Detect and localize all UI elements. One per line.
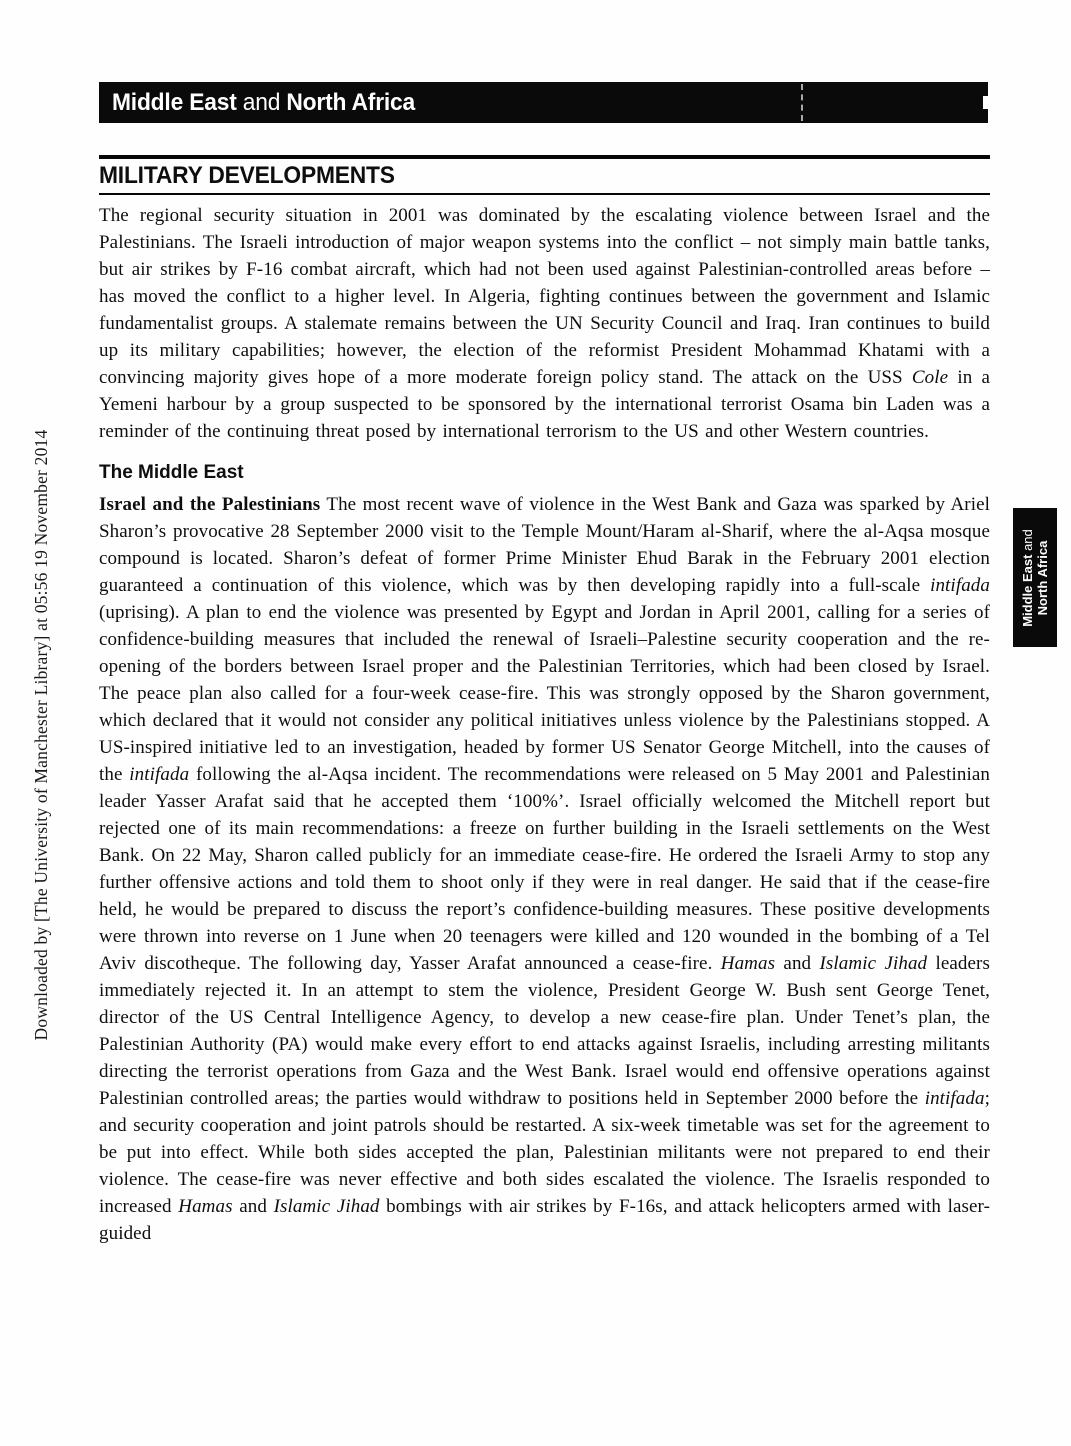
text-run: Israel and the Palestinians bbox=[99, 494, 320, 515]
text-run: Islamic Jihad bbox=[274, 1196, 380, 1217]
text-run: intifada bbox=[925, 1088, 985, 1109]
text-run: The regional security situation in 2001 … bbox=[99, 205, 990, 388]
text-run: Hamas bbox=[721, 953, 775, 974]
chapter-title-north-africa: North Africa bbox=[286, 89, 415, 116]
page-edge-tab: Middle East and North Africa bbox=[1013, 508, 1057, 647]
text-run: Islamic Jihad bbox=[819, 953, 927, 974]
tab-and: and bbox=[1020, 529, 1035, 554]
text-run: and bbox=[775, 953, 819, 974]
text-run: and bbox=[233, 1196, 274, 1217]
israel-palestinians-paragraph: Israel and the Palestinians The most rec… bbox=[99, 491, 990, 1247]
chapter-title-and: and bbox=[237, 89, 287, 116]
tab-middle-east: Middle East bbox=[1020, 554, 1035, 626]
heading-rule-bottom bbox=[99, 193, 990, 195]
chapter-title-middle-east: Middle East bbox=[112, 89, 237, 116]
text-run: Cole bbox=[912, 367, 948, 388]
chapter-title: Middle East and North Africa bbox=[112, 82, 415, 123]
text-run: Hamas bbox=[178, 1196, 232, 1217]
bar-divider-dash bbox=[801, 84, 803, 121]
document-page: Downloaded by [The University of Manches… bbox=[0, 0, 1071, 1446]
chapter-header-bar: Middle East and North Africa bbox=[99, 82, 988, 123]
download-watermark: Downloaded by [The University of Manches… bbox=[31, 363, 53, 1107]
military-developments-heading: MILITARY DEVELOPMENTS bbox=[99, 162, 945, 190]
middle-east-heading: The Middle East bbox=[99, 462, 990, 484]
text-run: (uprising). A plan to end the violence w… bbox=[99, 602, 990, 785]
tab-line-2: North Africa bbox=[1035, 508, 1050, 647]
text-run: intifada bbox=[930, 575, 990, 596]
military-developments-paragraph: The regional security situation in 2001 … bbox=[99, 202, 990, 445]
page-content: Middle East and North Africa MILITARY DE… bbox=[99, 82, 990, 1247]
scan-notch bbox=[983, 96, 988, 109]
text-run: intifada bbox=[129, 764, 189, 785]
tab-north-africa: North Africa bbox=[1035, 540, 1050, 615]
tab-line-1: Middle East and bbox=[1020, 508, 1035, 647]
text-run: following the al-Aqsa incident. The reco… bbox=[99, 764, 990, 974]
heading-rule-top bbox=[99, 155, 990, 159]
tab-title: Middle East and North Africa bbox=[1020, 508, 1050, 647]
text-run: leaders immediately rejected it. In an a… bbox=[99, 953, 990, 1109]
